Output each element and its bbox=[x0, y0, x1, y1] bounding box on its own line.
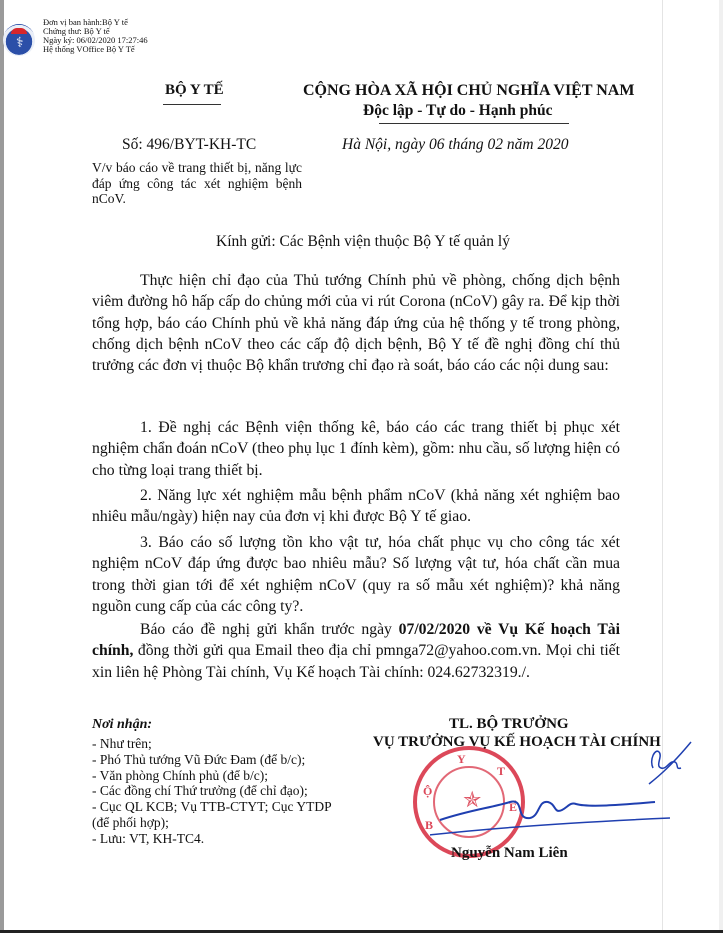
item-paragraph: 2. Năng lực xét nghiệm mẫu bệnh phẩm nCo… bbox=[92, 485, 620, 528]
digital-signature-text: Đơn vị ban hành:Bộ Y tế Chứng thư: Bộ Y … bbox=[43, 18, 148, 54]
body-item-2: 2. Năng lực xét nghiệm mẫu bệnh phẩm nCo… bbox=[92, 485, 620, 528]
closing-paragraph: Báo cáo đề nghị gửi khẩn trước ngày 07/0… bbox=[92, 619, 620, 683]
handwritten-signature-icon bbox=[430, 780, 670, 840]
recipients-list-item: - Cục QL KCB; Vụ TTB-CTYT; Cục YTDP bbox=[92, 799, 332, 815]
issuing-organization: BỘ Y TẾ bbox=[165, 82, 224, 99]
recipients-list-item: - Lưu: VT, KH-TC4. bbox=[92, 831, 332, 847]
recipients-list-item: - Phó Thủ tướng Vũ Đức Đam (để b/c); bbox=[92, 752, 332, 768]
document-subject: V/v báo cáo về trang thiết bị, năng lực … bbox=[92, 160, 302, 207]
signer-title: VỤ TRƯỞNG VỤ KẾ HOẠCH TÀI CHÍNH bbox=[373, 734, 661, 751]
page-left-edge bbox=[0, 0, 4, 933]
recipients-list-item: (để phối hợp); bbox=[92, 815, 332, 831]
body-item-3: 3. Báo cáo số lượng tồn kho vật tư, hóa … bbox=[92, 532, 620, 617]
recipients-list-item: - Văn phòng Chính phủ (để b/c); bbox=[92, 768, 332, 784]
recipients-list-item: - Như trên; bbox=[92, 736, 332, 752]
seal-letter: Y bbox=[457, 752, 466, 767]
initials-signature-icon bbox=[645, 738, 695, 788]
digital-signature-block: ⚕ Đơn vị ban hành:Bộ Y tế Chứng thư: Bộ … bbox=[3, 18, 148, 56]
page-right-edge bbox=[719, 0, 723, 930]
document-number: Số: 496/BYT-KH-TC bbox=[122, 136, 256, 154]
recipients-list-item: - Các đồng chí Thứ trưởng (để chỉ đạo); bbox=[92, 783, 332, 799]
recipient-line: Kính gửi: Các Bệnh viện thuộc Bộ Y tế qu… bbox=[216, 233, 510, 251]
signer-authority: TL. BỘ TRƯỞNG bbox=[449, 716, 569, 733]
ministry-emblem-icon: ⚕ bbox=[3, 24, 35, 56]
body-item-1: 1. Đề nghị các Bệnh viện thống kê, báo c… bbox=[92, 417, 620, 481]
item-paragraph: 1. Đề nghị các Bệnh viện thống kê, báo c… bbox=[92, 417, 620, 481]
organization-underline bbox=[163, 104, 221, 105]
national-title: CỘNG HÒA XÃ HỘI CHỦ NGHĨA VIỆT NAM bbox=[303, 82, 634, 100]
recipients-list: - Như trên; - Phó Thủ tướng Vũ Đức Đam (… bbox=[92, 736, 332, 847]
signer-name: Nguyễn Nam Liên bbox=[451, 845, 568, 862]
signature-line: Hệ thống VOffice Bộ Y Tế bbox=[43, 45, 148, 54]
seal-letter: T bbox=[497, 764, 505, 779]
item-paragraph: 3. Báo cáo số lượng tồn kho vật tư, hóa … bbox=[92, 532, 620, 617]
body-closing: Báo cáo đề nghị gửi khẩn trước ngày 07/0… bbox=[92, 619, 620, 683]
body-intro: Thực hiện chỉ đạo của Thủ tướng Chính ph… bbox=[92, 270, 620, 376]
national-motto: Độc lập - Tự do - Hạnh phúc bbox=[363, 102, 552, 120]
closing-lead: Báo cáo đề nghị gửi khẩn trước ngày bbox=[140, 621, 399, 638]
closing-rest: đồng thời gửi qua Email theo địa chỉ pmn… bbox=[92, 642, 620, 680]
place-date: Hà Nội, ngày 06 tháng 02 năm 2020 bbox=[342, 136, 568, 154]
intro-paragraph: Thực hiện chỉ đạo của Thủ tướng Chính ph… bbox=[92, 270, 620, 376]
recipients-list-title: Nơi nhận: bbox=[92, 717, 152, 733]
motto-underline bbox=[379, 123, 569, 124]
